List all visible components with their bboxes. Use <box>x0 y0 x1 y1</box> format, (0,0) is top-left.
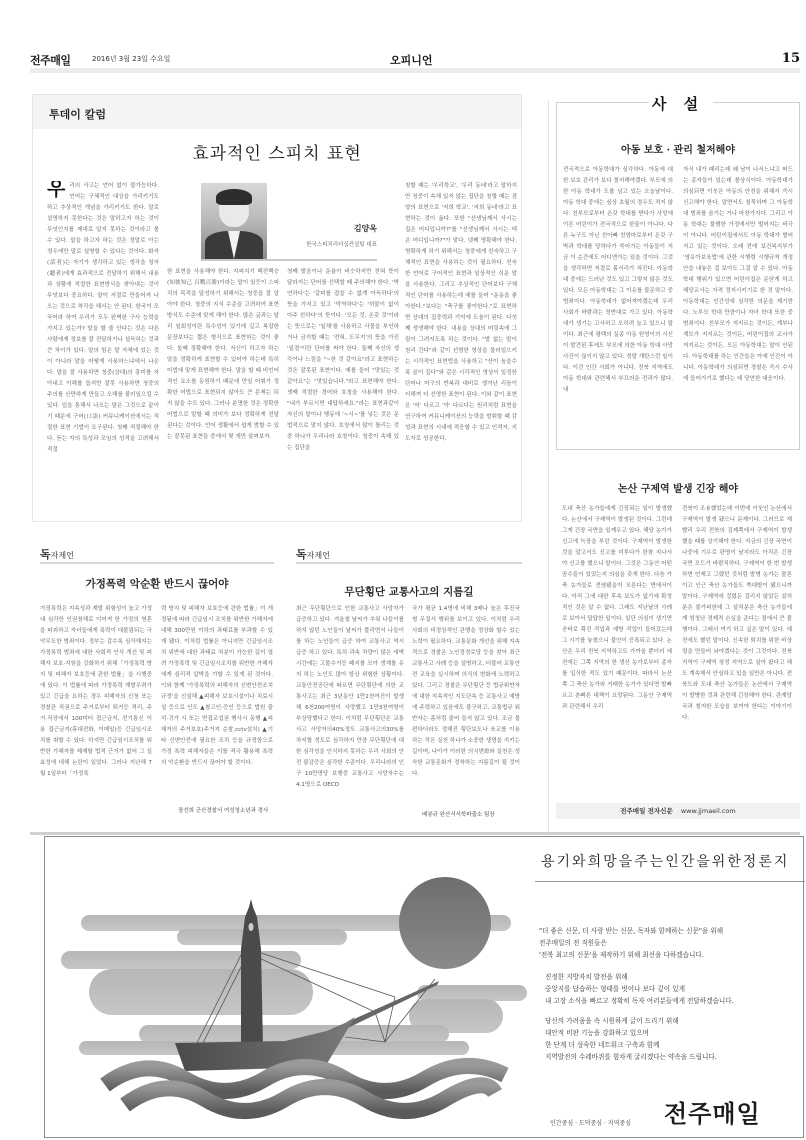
editorial-title-2: 논산 구제역 발생 긴장 해야 <box>556 480 800 495</box>
today-column-text-col3: 첫째 발음이나 운율이 비슷하지만 전혀 뜻이 달라지는 단어를 선택할 때 주… <box>287 267 399 507</box>
ad-brand-logo: 전주매일 <box>664 1094 761 1129</box>
author-name: 김양옥 <box>303 223 377 234</box>
page-number: 15 <box>782 51 800 66</box>
ad-paragraph-1: "더 좋은 신문, 더 사랑 받는 신문, 독자와 함께하는 신문"을 위해전주… <box>539 925 723 961</box>
ad-divider <box>30 832 800 835</box>
today-column-title: 효과적인 스피치 표현 <box>33 139 521 164</box>
section-title: 오피니언 <box>390 52 433 68</box>
reader-letter-rule-2 <box>296 562 522 564</box>
reader-letter-title-2: 무단횡단 교통사고의 지름길 <box>296 584 522 599</box>
dropcap: 우 <box>47 181 65 198</box>
editorial-header: 사 설 <box>557 93 799 114</box>
waves <box>105 1066 505 1111</box>
today-column-header: 투데이 칼럼 <box>33 95 521 129</box>
e-paper-label: 전주매일 전자신문 <box>620 807 673 815</box>
author-title: 한국스피치리더십컨설팅 대표 <box>251 240 377 248</box>
today-column-text-col1: 우리의 사고는 언어 없이 불가능하다. 언어는 구체적인 대상을 가리키기도 … <box>47 181 159 507</box>
reader-letter-title-1: 가정폭력 악순환 반드시 끊어야 <box>40 576 274 591</box>
issue-date: 2016년 3월 23일 수요일 <box>92 54 170 64</box>
reader-letter-credit-2: 배봉규 완산서서학파출소 팀장 <box>422 810 495 818</box>
newspaper-logo: 전주매일 <box>30 52 71 68</box>
ad-paragraph-3: 당신의 가려움을 속 시원하게 긁어 드리기 위해대안적 비판 기능을 강화하고… <box>545 1015 717 1063</box>
reader-letter-1-col2: 력 방지 및 피해자 보호등에 관한 법률」이 개정됨에 따라 긴급임시 조치를… <box>161 604 273 800</box>
editorial-title-1: 아동 보호 · 관리 철저해야 <box>557 141 799 156</box>
newspaper-ad: 용기와희망을주는인간을위한정론지 "더 좋은 신문, 더 사랑 받는 신문, 독… <box>44 836 804 1138</box>
editorial-separator <box>548 100 549 840</box>
reader-letter-1-col1: 가정폭력은 지속성과 재발 위험성이 높고 가정 내 심각한 인권침해로 이어져… <box>40 604 152 800</box>
editorial-box-2: 논산 구제역 발생 긴장 해야 도내 축산 농가들에게 긴장되는 일이 발생했다… <box>556 456 800 798</box>
ad-slogan-rule <box>535 881 805 882</box>
e-paper-banner[interactable]: 전주매일 전자신문 www.jjmaeil.com <box>556 803 800 819</box>
sailboat-illustration <box>45 837 535 1137</box>
byline-divider <box>201 259 377 261</box>
ad-paragraph-2: 진정한 지방자치 발전을 위해중앙지를 답습하는 형태를 벗어나 보다 깊이 있… <box>545 971 734 1007</box>
masthead-divider <box>30 68 800 73</box>
editorial-2-col2: 전북이 조용했었는데 이번에 이웃인 논산에서 구제역이 발생 됐으니 문제이다… <box>682 504 792 794</box>
editorial-2-col1: 도내 축산 농가들에게 긴장되는 일이 발생했다. 논산에서 구제역이 발생된 … <box>562 504 672 794</box>
editorial-1-col2: 자식 내가 때리는데 왜 남이 나서느냐고 떠드는 종자들이 있는데 몰상식이다… <box>683 165 793 443</box>
sun-icon <box>399 877 491 969</box>
reader-letter-rule-1 <box>40 562 274 564</box>
today-column-text-col2: 한 표현을 사용해야 한다. 지피지기 백전백승(知彼知己 百戰百勝)이라는 말… <box>167 267 279 507</box>
masthead: 전주매일 2016년 3월 23일 수요일 오피니언 15 <box>30 52 800 66</box>
reader-letter-credit-1: 장선희 군산경찰서 여성청소년과 경사 <box>178 806 268 814</box>
editorial-1-col1: 전국적으로 아동학대가 심각하다. 아동에 대한 보호 관리가 보다 철저해야겠… <box>563 165 673 443</box>
reader-letter-label-2: 독자제언 <box>296 546 330 562</box>
editorial-box: 사 설 아동 보호 · 관리 철저해야 전국적으로 아동학대가 심각하다. 아동… <box>556 102 800 450</box>
reader-letter-2-col2: 국가 평균 1.4명에 비해 3배나 높은 후진국형 무질서 행위를 보이고 있… <box>412 604 520 800</box>
reader-letter-label-1: 독자제언 <box>40 546 74 562</box>
e-paper-url[interactable]: www.jjmaeil.com <box>681 807 736 815</box>
reader-letter-2-col1: 최근 무단횡단으로 인한 교통사고 사망자가 급증하고 있다. 겨울철 날씨가 … <box>296 604 404 800</box>
today-column: 투데이 칼럼 효과적인 스피치 표현 우리의 사고는 언어 없이 불가능하다. … <box>32 94 522 522</box>
today-column-text-col4: 칭할 때는 '우리학교', '우리 동네'라고 말하지만 청중이 속해 있지 않… <box>405 181 517 507</box>
ad-motto: 인간중심 · 도덕중심 · 지역중심 <box>550 1118 631 1127</box>
ad-slogan: 용기와희망을주는인간을위한정론지 <box>541 851 789 871</box>
today-column-label: 투데이 칼럼 <box>49 106 106 122</box>
